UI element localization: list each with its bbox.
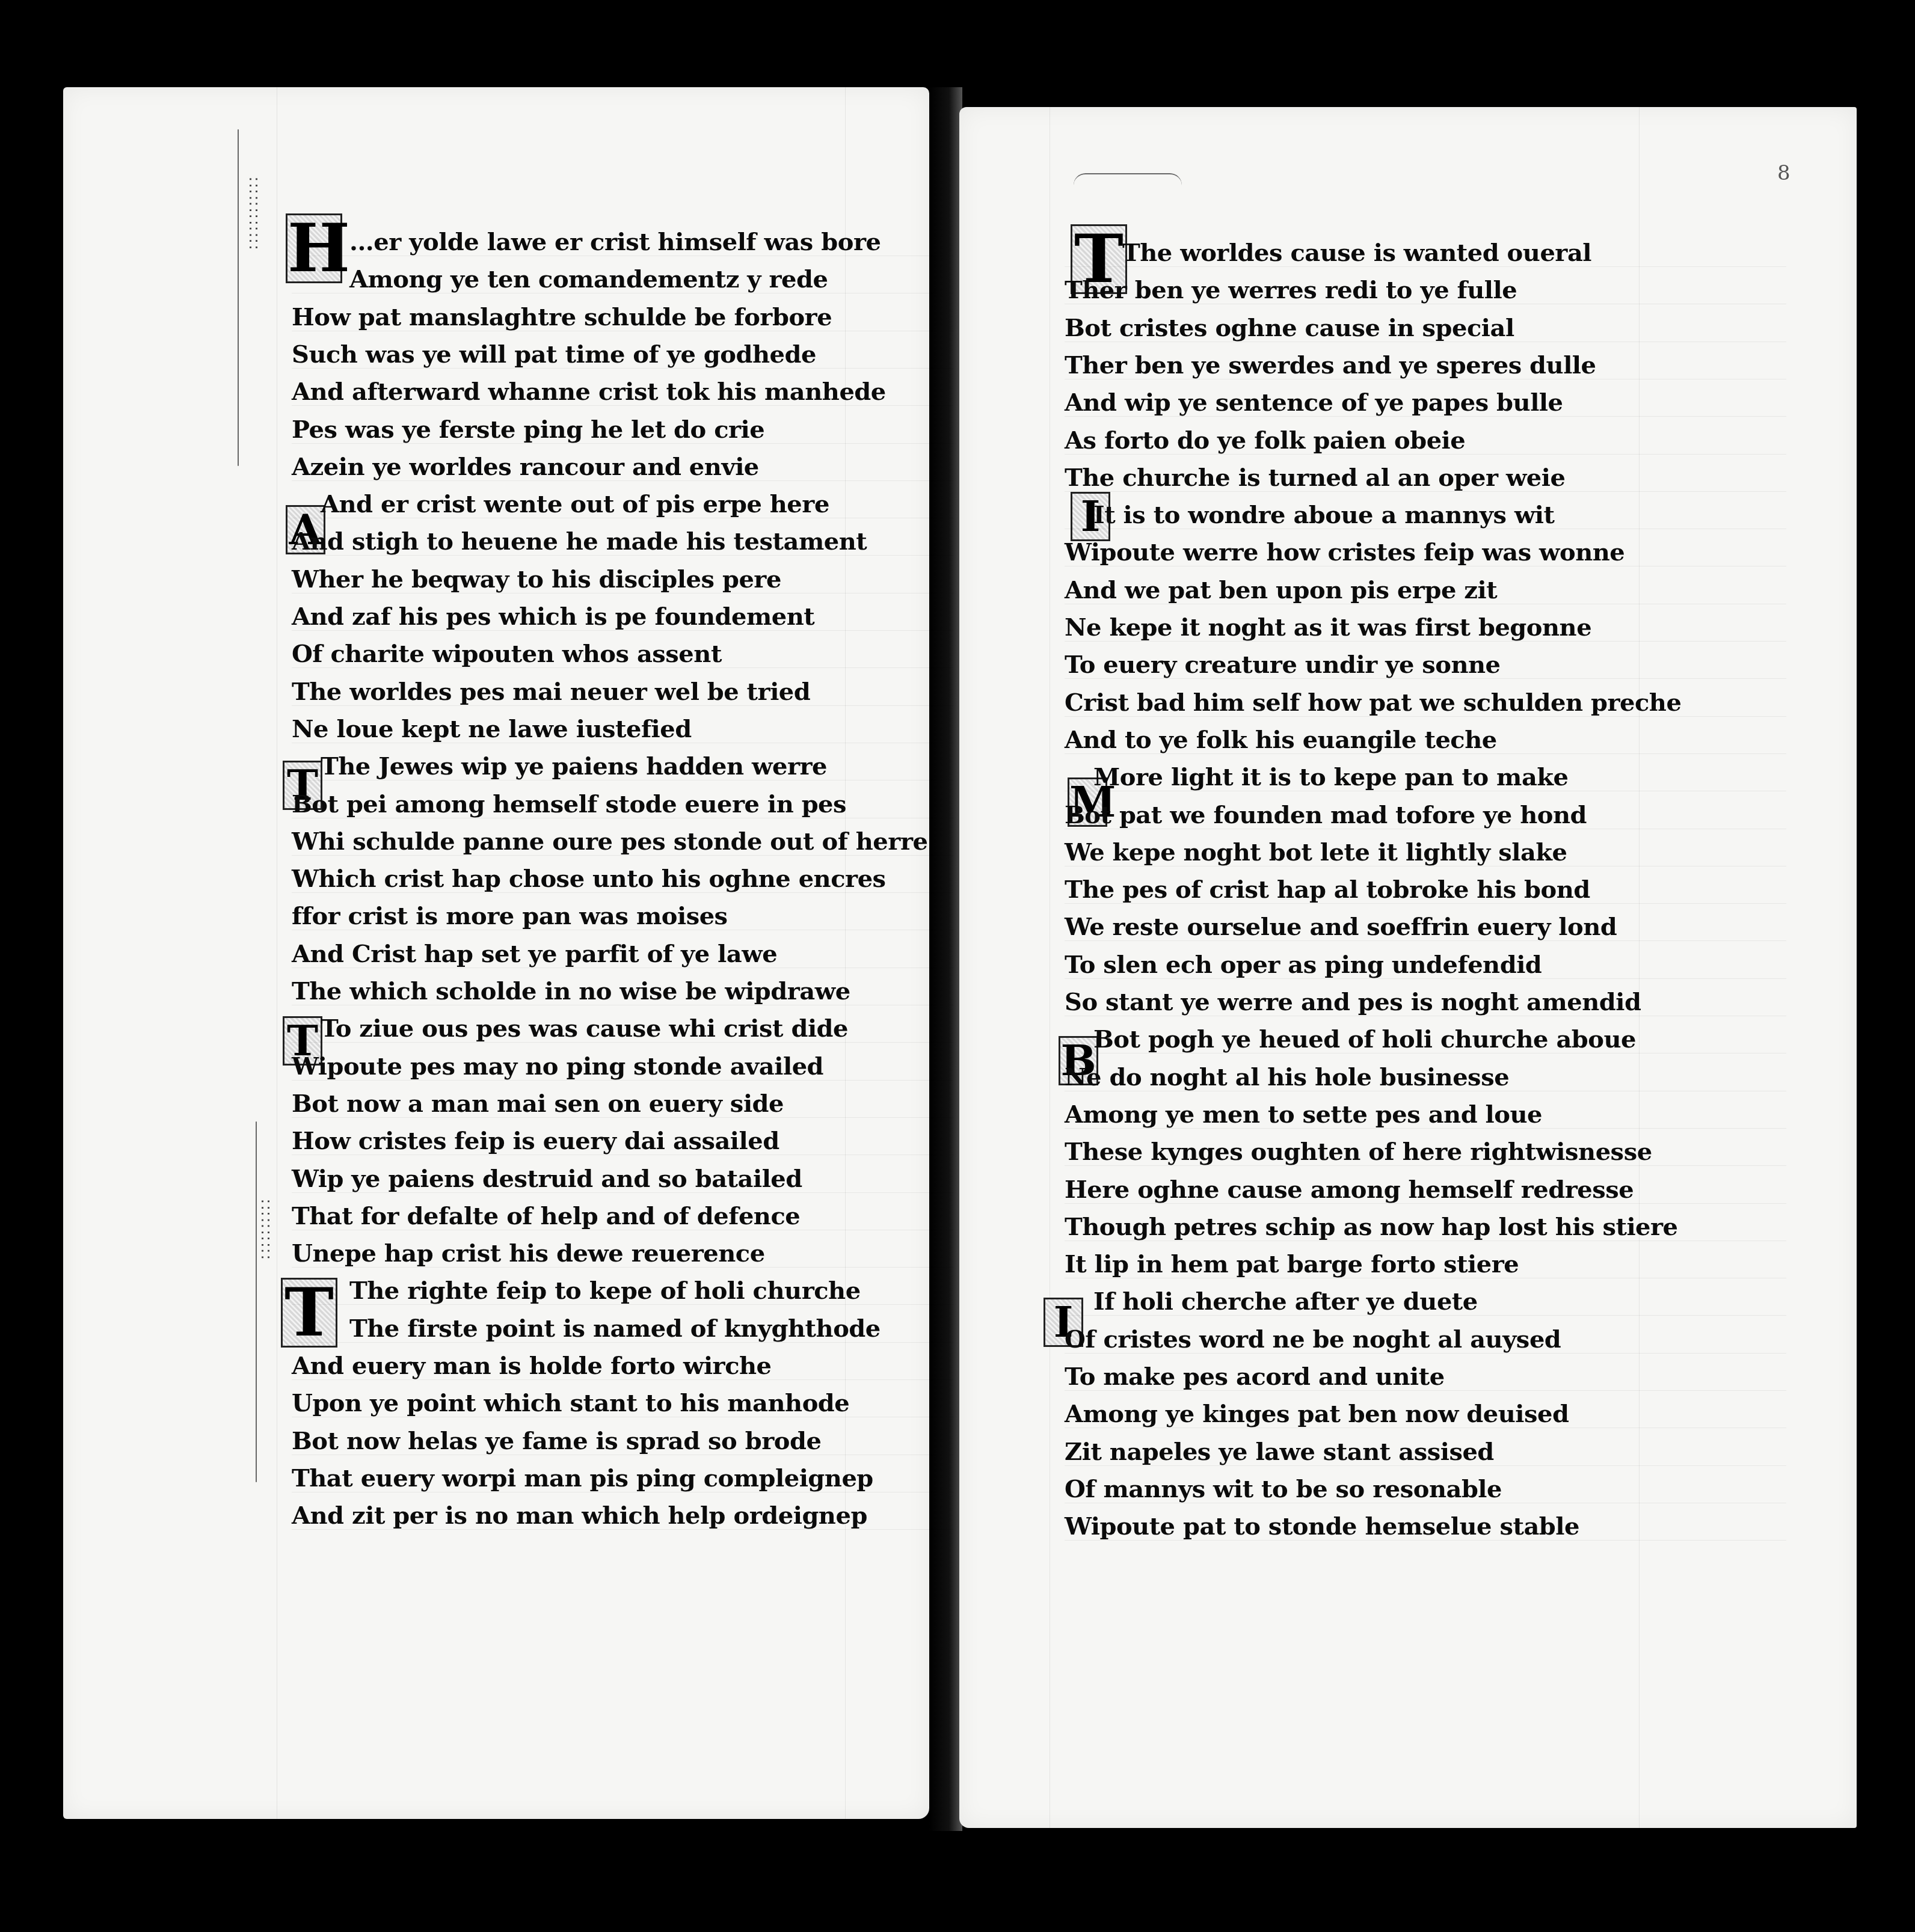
- ruling-line: [292, 443, 953, 444]
- ruling-line: [292, 1155, 953, 1155]
- ruling-line: [292, 405, 953, 406]
- ruling-line: [1065, 379, 1786, 379]
- verse-line: And zaf his pes which is pe foundement: [292, 600, 814, 634]
- margin-rule: [1050, 107, 1050, 1828]
- verse-line: Here oghne cause among hemself redresse: [1065, 1173, 1634, 1207]
- verse-line: Bot pat we founden mad tofore ye hond: [1065, 799, 1587, 832]
- ruling-line: [1065, 978, 1786, 979]
- verse-line: Bot pei among hemself stode euere in pes: [292, 788, 846, 821]
- ruling-line: [1065, 716, 1786, 717]
- ruling-line: [292, 331, 953, 331]
- verse-line: We reste ourselue and soeffrin euery lon…: [1065, 910, 1617, 944]
- ruling-line: [1065, 491, 1786, 492]
- verse-line: How pat manslaghtre schulde be forbore: [292, 301, 832, 334]
- marginal-decoration: ∷∷∷∷∷∷: [244, 177, 262, 251]
- verse-line: Of cristes word ne be noght al auysed: [1065, 1323, 1561, 1357]
- verse-line: To slen ech oper as ping undefendid: [1065, 948, 1542, 982]
- ruling-line: [292, 1192, 953, 1193]
- ruling-line: [1065, 1016, 1786, 1016]
- ruling-line: [1065, 940, 1786, 941]
- verse-line: Upon ye point which stant to his manhode: [292, 1387, 849, 1420]
- ruling-line: [292, 743, 953, 743]
- verse-line: The worldes pes mai neuer wel be tried: [292, 675, 810, 709]
- ruling-line: [1065, 866, 1786, 866]
- verse-line: How cristes feip is euery dai assailed: [292, 1124, 779, 1158]
- verse-line: Wip ye paiens destruid and so batailed: [292, 1162, 802, 1196]
- verse-line: The Jewes wip ye paiens hadden werre: [321, 750, 827, 784]
- ruling-line: [1065, 1053, 1786, 1053]
- ruling-line: [1065, 1465, 1786, 1466]
- ruling-line: [292, 630, 953, 631]
- verse-line: Wipoute pat to stonde hemselue stable: [1065, 1510, 1579, 1544]
- ruling-line: [1065, 829, 1786, 829]
- verse-line: And Crist hap set ye parfit of ye lawe: [292, 937, 777, 971]
- verse-line: These kynges oughten of here rightwisnes…: [1065, 1135, 1652, 1169]
- verse-line: Crist bad him self how pat we schulden p…: [1065, 686, 1681, 720]
- verse-line: As forto do ye folk paien obeie: [1065, 424, 1465, 458]
- ruling-line: [1065, 678, 1786, 679]
- ruling-line: [1065, 1203, 1786, 1204]
- ruling-line: [1065, 304, 1786, 304]
- folio-number: 8: [1777, 161, 1791, 185]
- marginal-flourish: [1074, 173, 1182, 210]
- ruling-line: [292, 593, 953, 593]
- verse-line: And er crist wente out of pis erpe here: [321, 488, 829, 521]
- ruling-line: [1065, 903, 1786, 904]
- verse-line: Which crist hap chose unto his oghne enc…: [292, 862, 886, 896]
- ruling-line: [292, 1080, 953, 1081]
- marginal-flourish: [256, 1121, 257, 1482]
- verse-line: The worldes cause is wanted oueral: [1122, 236, 1591, 270]
- verse-line: And wip ye sentence of ye papes bulle: [1065, 386, 1563, 420]
- verse-line: And we pat ben upon pis erpe zit: [1065, 574, 1497, 607]
- verse-line: Zit napeles ye lawe stant assised: [1065, 1435, 1494, 1469]
- ruling-line: [1065, 1503, 1786, 1503]
- verse-line: That for defalte of help and of defence: [292, 1200, 800, 1233]
- ruling-line: [292, 480, 953, 481]
- verse-line: Ne do noght al his hole businesse: [1065, 1061, 1509, 1094]
- verse-line: Of mannys wit to be so resonable: [1065, 1473, 1502, 1506]
- ruling-line: [292, 855, 953, 856]
- verse-line: Among ye men to sette pes and loue: [1065, 1098, 1542, 1132]
- verse-line: Among ye kinges pat ben now deuised: [1065, 1397, 1569, 1431]
- ruling-line: [1065, 1315, 1786, 1316]
- ruling-line: [1065, 1278, 1786, 1278]
- ruling-line: [292, 818, 953, 818]
- verse-line: ...er yolde lawe er crist himself was bo…: [349, 225, 881, 259]
- verse-line: And stigh to heuene he made his testamen…: [292, 525, 867, 559]
- verse-line: The firste point is named of knyghthode: [349, 1312, 881, 1346]
- verse-line: It is to wondre aboue a mannys wit: [1093, 498, 1555, 532]
- verse-line: And to ye folk his euangile teche: [1065, 723, 1497, 757]
- verse-line: Bot pogh ye heued of holi churche aboue: [1093, 1023, 1636, 1056]
- ruling-line: [292, 1417, 953, 1417]
- verse-line: More light it is to kepe pan to make: [1093, 761, 1568, 794]
- verse-line: We kepe noght bot lete it lightly slake: [1065, 836, 1567, 869]
- ruling-line: [1065, 1128, 1786, 1129]
- verse-line: Ne loue kept ne lawe iustefied: [292, 713, 692, 746]
- ruling-line: [292, 256, 953, 256]
- ruling-line: [292, 555, 953, 556]
- ruling-line: [1065, 342, 1786, 342]
- ruling-line: [1065, 1353, 1786, 1354]
- verse-line: The pes of crist hap al tobroke his bond: [1065, 873, 1590, 907]
- marginal-flourish: [238, 129, 239, 466]
- ruling-line: [292, 780, 953, 780]
- verse-line: Such was ye will pat time of ye godhede: [292, 338, 816, 372]
- margin-rule: [277, 87, 277, 1819]
- ruling-line: [292, 705, 953, 706]
- verse-line: To make pes acord and unite: [1065, 1360, 1445, 1394]
- right-page-text: The worldes cause is wanted oueralTher b…: [1065, 236, 1786, 1740]
- verse-line: To euery creature undir ye sonne: [1065, 648, 1501, 682]
- ruling-line: [292, 1304, 953, 1305]
- verse-line: ffor crist is more pan was moises: [292, 900, 728, 933]
- ruling-line: [292, 1492, 953, 1492]
- ruling-line: [292, 1042, 953, 1043]
- verse-line: So stant ye werre and pes is noght amend…: [1065, 986, 1641, 1019]
- ruling-line: [292, 1455, 953, 1455]
- ruling-line: [1065, 1540, 1786, 1541]
- verse-line: And afterward whanne crist tok his manhe…: [292, 375, 886, 409]
- ruling-line: [292, 1005, 953, 1005]
- ruling-line: [1065, 566, 1786, 566]
- ruling-line: [1065, 791, 1786, 791]
- verse-line: Unepe hap crist his dewe reuerence: [292, 1237, 765, 1271]
- verse-line: Bot now helas ye fame is sprad so brode: [292, 1424, 821, 1458]
- verse-line: The churche is turned al an oper weie: [1065, 461, 1565, 495]
- ruling-line: [1065, 604, 1786, 604]
- verse-line: To ziue ous pes was cause whi crist dide: [321, 1012, 848, 1046]
- verse-line: Whi schulde panne oure pes stonde out of…: [292, 825, 927, 859]
- verse-line: If holi cherche after ye duete: [1093, 1285, 1478, 1319]
- ruling-line: [292, 667, 953, 668]
- verse-line: Ne kepe it noght as it was first begonne: [1065, 611, 1591, 645]
- ruling-line: [292, 293, 953, 293]
- ruling-line: [1065, 266, 1786, 267]
- ruling-line: [1065, 1165, 1786, 1166]
- ruling-line: [292, 368, 953, 369]
- right-page: 8 T I M B I The worldes cause is wanted …: [959, 107, 1857, 1828]
- ruling-line: [1065, 1240, 1786, 1241]
- ruling-line: [292, 1342, 953, 1343]
- ruling-line: [292, 1230, 953, 1230]
- verse-line: Bot cristes oghne cause in special: [1065, 311, 1514, 345]
- verse-line: Ther ben ye werres redi to ye fulle: [1065, 274, 1517, 307]
- verse-line: Wipoute pes may no ping stonde availed: [292, 1050, 823, 1084]
- ruling-line: [292, 1267, 953, 1268]
- left-page: ∷∷∷∷∷∷ ∷∷∷∷∷ H A T T T ...er yolde lawe …: [63, 87, 929, 1819]
- verse-line: And zit per is no man which help ordeign…: [292, 1499, 867, 1533]
- ruling-line: [1065, 753, 1786, 754]
- ruling-line: [1065, 454, 1786, 455]
- ruling-line: [292, 930, 953, 930]
- verse-line: Among ye ten comandementz y rede: [349, 263, 828, 296]
- verse-line: Wher he beqway to his disciples pere: [292, 563, 781, 596]
- verse-line: Wipoute werre how cristes feip was wonne: [1065, 536, 1625, 569]
- verse-line: The righte feip to kepe of holi churche: [349, 1274, 861, 1308]
- ruling-line: [1065, 1091, 1786, 1091]
- verse-line: It lip in hem pat barge forto stiere: [1065, 1248, 1519, 1281]
- verse-line: Ther ben ye swerdes and ye speres dulle: [1065, 349, 1596, 382]
- ruling-line: [1065, 529, 1786, 529]
- verse-line: Pes was ye ferste ping he let do crie: [292, 413, 764, 447]
- ruling-line: [1065, 1390, 1786, 1391]
- verse-line: Azein ye worldes rancour and envie: [292, 450, 759, 484]
- left-page-text: ...er yolde lawe er crist himself was bo…: [292, 225, 953, 1729]
- ruling-line: [1065, 416, 1786, 417]
- verse-line: Though petres schip as now hap lost his …: [1065, 1210, 1678, 1244]
- verse-line: Bot now a man mai sen on euery side: [292, 1087, 784, 1121]
- marginal-decoration: ∷∷∷∷∷: [256, 1200, 274, 1262]
- verse-line: The which scholde in no wise be wipdrawe: [292, 975, 850, 1008]
- ruling-line: [292, 1117, 953, 1118]
- verse-line: That euery worpi man pis ping compleigne…: [292, 1462, 873, 1495]
- ruling-line: [292, 518, 953, 518]
- ruling-line: [292, 892, 953, 893]
- ruling-line: [292, 968, 953, 968]
- verse-line: Of charite wipouten whos assent: [292, 637, 722, 671]
- ruling-line: [292, 1379, 953, 1380]
- ruling-line: [292, 1529, 953, 1530]
- ruling-line: [1065, 641, 1786, 642]
- ruling-line: [1065, 1428, 1786, 1428]
- verse-line: And euery man is holde forto wirche: [292, 1349, 772, 1383]
